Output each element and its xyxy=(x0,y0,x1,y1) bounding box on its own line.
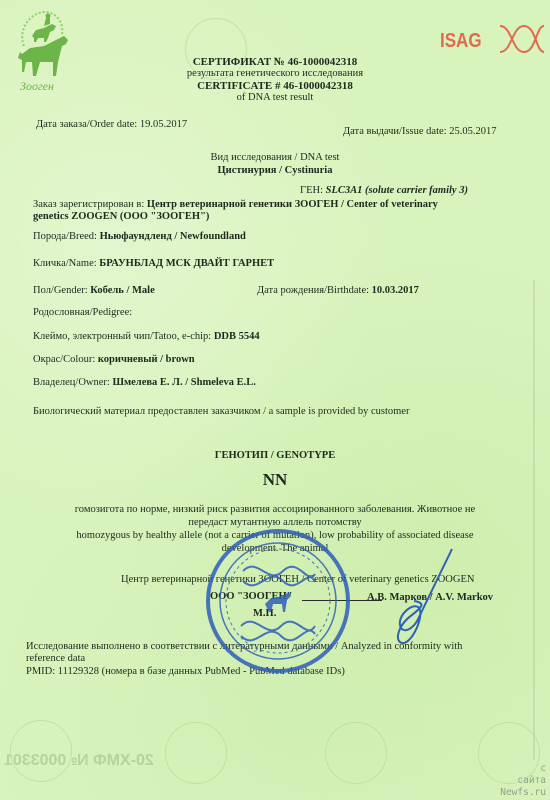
watermark-rose xyxy=(165,722,227,784)
order-date-value: 19.05.2017 xyxy=(140,119,187,130)
certificate-title-en: CERTIFICATE # 46-1000042318 xyxy=(0,80,550,92)
dna-test-value: Цистинурия / Cystinuria xyxy=(0,164,550,177)
sample-note: Биологический материал предоставлен зака… xyxy=(33,405,409,418)
watermark-rose xyxy=(325,722,387,784)
mirrored-serial-number: 20-ХМФ № 0003301 xyxy=(4,752,154,770)
chip: Клеймо, электронный чип/Tatoo, e-chip: D… xyxy=(33,330,260,343)
gene-value: SLC3A1 (solute carrier family 3) xyxy=(326,185,468,196)
gender: Пол/Gender: Кобель / Male xyxy=(33,284,155,297)
genotype-desc-ru-1: гомозигота по норме, низкий риск развити… xyxy=(0,503,550,516)
gene: ГЕН: SLC3A1 (solute carrier family 3) xyxy=(300,184,468,197)
colour-label: Окрас/Colour: xyxy=(33,354,95,365)
watermark-rose xyxy=(10,720,72,782)
registered-label: Заказ зарегистрирован в: xyxy=(33,199,144,210)
gender-label: Пол/Gender: xyxy=(33,285,88,296)
name-value: БРАУНБЛАД МСК ДВАЙТ ГАРНЕТ xyxy=(99,258,274,269)
chip-value: DDB 5544 xyxy=(214,331,260,342)
registered-value: Центр ветеринарной генетики ЗООГЕН / Cen… xyxy=(147,199,438,210)
isag-text: ISAG xyxy=(440,30,482,53)
issue-date: Дата выдачи/Issue date: 25.05.2017 xyxy=(343,125,496,138)
signature-scribble-icon xyxy=(392,545,462,655)
dog-name: Кличка/Name: БРАУНБЛАД МСК ДВАЙТ ГАРНЕТ xyxy=(33,257,274,270)
chip-label: Клеймо, электронный чип/Tatoo, e-chip: xyxy=(33,331,211,342)
owner: Владелец/Owner: Шмелева Е. Л. / Shmeleva… xyxy=(33,376,256,389)
certificate-title-ru: СЕРТИФИКАТ № 46-1000042318 xyxy=(0,56,550,68)
breed-label: Порода/Breed: xyxy=(33,231,97,242)
order-date-label: Дата заказа/Order date: xyxy=(36,119,137,130)
birthdate-value: 10.03.2017 xyxy=(372,285,419,296)
genotype-heading: ГЕНОТИП / GENOTYPE xyxy=(0,449,550,462)
site-credit-line3: Newfs.ru xyxy=(500,787,546,799)
order-date: Дата заказа/Order date: 19.05.2017 xyxy=(36,118,187,131)
seal-icon xyxy=(203,526,353,676)
reference-line2: reference data xyxy=(26,652,85,665)
site-credit-line2: сайта xyxy=(500,775,546,787)
breed: Порода/Breed: Ньюфаундленд / Newfoundlan… xyxy=(33,230,246,243)
certificate-subtitle-en: of DNA test result xyxy=(0,92,550,104)
issue-date-value: 25.05.2017 xyxy=(449,126,496,137)
colour: Окрас/Colour: коричневый / brown xyxy=(33,353,195,366)
breed-value: Ньюфаундленд / Newfoundland xyxy=(100,231,246,242)
certificate-header: СЕРТИФИКАТ № 46-1000042318 результата ге… xyxy=(0,56,550,104)
birthdate: Дата рождения/Birthdate: 10.03.2017 xyxy=(257,284,419,297)
site-credit: с сайта Newfs.ru xyxy=(500,763,546,799)
colour-value: коричневый / brown xyxy=(98,354,195,365)
birthdate-label: Дата рождения/Birthdate: xyxy=(257,285,369,296)
isag-logo: ISAG xyxy=(440,20,545,60)
handwritten-signature xyxy=(392,545,462,655)
name-label: Кличка/Name: xyxy=(33,258,97,269)
genotype-value: NN xyxy=(0,470,550,490)
dna-test-label: Вид исследования / DNA test xyxy=(0,151,550,164)
gene-label: ГЕН: xyxy=(300,185,323,196)
owner-value: Шмелева Е. Л. / Shmeleva E.L. xyxy=(112,377,255,388)
official-stamp xyxy=(203,526,353,676)
owner-label: Владелец/Owner: xyxy=(33,377,110,388)
registered-value-cont: genetics ZOOGEN (ООО "ЗООГЕН") xyxy=(33,210,209,223)
gender-value: Кобель / Male xyxy=(90,285,154,296)
pedigree: Родословная/Pedigree: xyxy=(33,306,132,319)
site-credit-line1: с xyxy=(500,763,546,775)
dna-helix-icon xyxy=(498,20,546,58)
issue-date-label: Дата выдачи/Issue date: xyxy=(343,126,447,137)
pedigree-label: Родословная/Pedigree: xyxy=(33,307,132,318)
certificate-subtitle-ru: результата генетического исследования xyxy=(0,68,550,80)
